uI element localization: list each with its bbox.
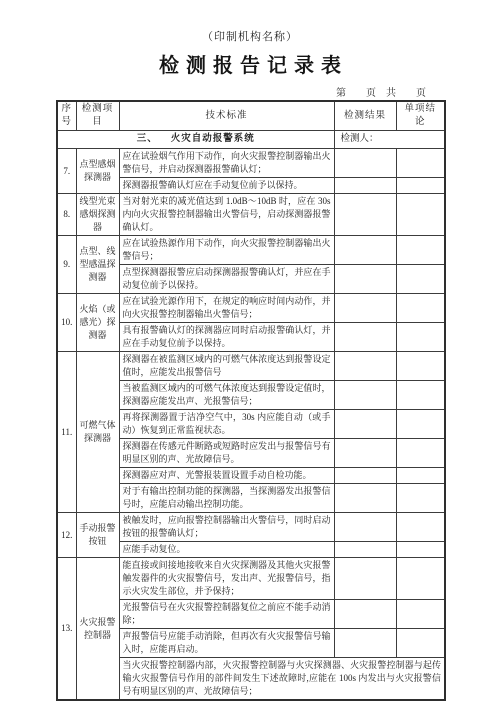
table-row: 10. 火焰（或感光）探测器 应在试验光源作用下，在规定的响应时间内动作，并向火… [57, 294, 445, 323]
result-cell [334, 194, 396, 236]
conclusion-cell [396, 265, 445, 294]
conclusion-cell [396, 178, 445, 194]
conclusion-cell [396, 468, 445, 484]
serial-cell: 10. [57, 294, 76, 352]
conclusion-cell [396, 439, 445, 468]
table-row: 9. 点型、线型感温探测器 应在试验热源作用下动作，向火灾报警控制器输出火警信号… [57, 236, 445, 265]
inspector-label-cell: 检测人： [334, 131, 445, 149]
standard-cell: 探测器在被监测区域内的可燃气体浓度达到报警设定值时，应能发出报警信号 [119, 352, 334, 381]
standard-cell: 探测器应对声、光警报装置设置手动自检功能。 [119, 468, 334, 484]
serial-cell: 11. [57, 352, 76, 513]
item-cell: 火焰（或感光）探测器 [76, 294, 119, 352]
result-cell [334, 236, 396, 265]
standard-cell: 对于有输出控制功能的探测器，当探测器发出报警信号时，应能启动输出控制功能。 [119, 484, 334, 513]
result-cell [334, 294, 396, 323]
section-title-cell: 三、火灾自动报警系统 [57, 131, 334, 149]
col-header-result: 检测结果 [334, 101, 396, 131]
table-header-row: 序号 检测项目 技术标准 检测结果 单项结论 [57, 101, 445, 131]
standard-cell: 具有报警确认灯的探测器应同时启动报警确认灯，并应在手动复位前予以保持。 [119, 323, 334, 352]
standard-cell: 应在试验热源作用下动作，向火灾报警控制器输出火警信号； [119, 236, 334, 265]
standard-cell: 探测器在传感元件断路或短路时应发出与报警信号有明显区别的声、光故障信号。 [119, 439, 334, 468]
item-cell: 点型感烟探测器 [76, 149, 119, 194]
table-row: 13. 火灾报警控制器 能直接或间接地接收来自火灾探测器及其他火灾报警触发器件的… [57, 558, 445, 600]
standard-cell: 当被监测区域内的可燃气体浓度达到报警设定值时，探测器应能发出声、光报警信号； [119, 381, 334, 410]
page-number-line: 第 页 共 页 [56, 84, 444, 99]
conclusion-cell [396, 194, 445, 236]
standard-cell: 探测器报警确认灯应在手动复位前予以保持。 [119, 178, 334, 194]
result-cell [334, 352, 396, 381]
section-row: 三、火灾自动报警系统 检测人： [57, 131, 445, 149]
conclusion-cell [396, 513, 445, 542]
result-cell [334, 629, 396, 658]
section-number: 三、 [137, 134, 158, 144]
standard-cell: 当对射光束的减光值达到 1.0dB～10dB 时，应在 30s 内向火灾报警控制… [119, 194, 334, 236]
result-cell [334, 381, 396, 410]
result-cell [334, 558, 396, 600]
col-header-standard: 技术标准 [119, 101, 334, 131]
standard-cell: 点型探测器报警应启动探测器报警确认灯，并应在手动复位前予以保持。 [119, 265, 334, 294]
serial-cell: 13. [57, 558, 76, 701]
result-cell [334, 484, 396, 513]
conclusion-cell [396, 629, 445, 658]
result-cell [334, 265, 396, 294]
table-row: 7. 点型感烟探测器 应在试验烟气作用下动作，向火灾报警控制器输出火警信号，并启… [57, 149, 445, 178]
org-name-line: （印制机构名称） [56, 28, 444, 44]
item-cell: 可燃气体探测器 [76, 352, 119, 513]
table-row: 8. 线型光束感烟探测器 当对射光束的减光值达到 1.0dB～10dB 时，应在… [57, 194, 445, 236]
standard-cell: 应在试验光源作用下，在规定的响应时间内动作，并向火灾报警控制器输出火警信号； [119, 294, 334, 323]
item-cell: 火灾报警控制器 [76, 558, 119, 701]
conclusion-cell [396, 542, 445, 558]
report-sheet: （印制机构名称） 检测报告记录表 第 页 共 页 序号 检测项目 技术标准 检测… [56, 0, 444, 701]
conclusion-cell [396, 381, 445, 410]
result-cell [334, 149, 396, 178]
result-cell [334, 542, 396, 558]
result-cell [334, 513, 396, 542]
item-cell: 点型、线型感温探测器 [76, 236, 119, 294]
conclusion-cell [396, 149, 445, 178]
result-cell [334, 600, 396, 629]
standard-cell: 光报警信号在火灾报警控制器复位之前应不能手动消除； [119, 600, 334, 629]
serial-cell: 9. [57, 236, 76, 294]
conclusion-cell [396, 294, 445, 323]
standard-cell: 应在试验烟气作用下动作，向火灾报警控制器输出火警信号，并启动探测器报警确认灯； [119, 149, 334, 178]
conclusion-cell [396, 600, 445, 629]
standard-cell: 应能手动复位。 [119, 542, 334, 558]
item-cell: 线型光束感烟探测器 [76, 194, 119, 236]
item-cell: 手动报警按钮 [76, 513, 119, 558]
standard-cell: 声报警信号应能手动消除，但再次有火灾报警信号输入时，应能再启动。 [119, 629, 334, 658]
conclusion-cell [396, 236, 445, 265]
result-cell [334, 323, 396, 352]
conclusion-cell [396, 323, 445, 352]
serial-cell: 8. [57, 194, 76, 236]
standard-cell-full-width: 当火灾报警控制器内部，火灾报警控制器与火灾探测器、火灾报警控制器与起传输火灾报警… [119, 658, 445, 701]
standard-cell: 被触发时，应向报警控制器输出火警信号，同时启动按钮的报警确认灯； [119, 513, 334, 542]
standard-cell: 能直接或间接地接收来自火灾探测器及其他火灾报警触发器件的火灾报警信号，发出声、光… [119, 558, 334, 600]
result-cell [334, 178, 396, 194]
conclusion-cell [396, 558, 445, 600]
page-title: 检测报告记录表 [56, 49, 444, 78]
table-row: 12. 手动报警按钮 被触发时，应向报警控制器输出火警信号，同时启动按钮的报警确… [57, 513, 445, 542]
col-header-conclusion: 单项结论 [396, 101, 445, 131]
result-cell [334, 439, 396, 468]
section-title: 火灾自动报警系统 [171, 134, 255, 144]
result-cell [334, 410, 396, 439]
table-row: 11. 可燃气体探测器 探测器在被监测区域内的可燃气体浓度达到报警设定值时，应能… [57, 352, 445, 381]
serial-cell: 7. [57, 149, 76, 194]
standard-cell: 再将探测器置于洁净空气中，30s 内应能自动（或手动）恢复到正常监视状态。 [119, 410, 334, 439]
conclusion-cell [396, 352, 445, 381]
conclusion-cell [396, 484, 445, 513]
col-header-serial: 序号 [57, 101, 76, 131]
result-cell [334, 468, 396, 484]
serial-cell: 12. [57, 513, 76, 558]
conclusion-cell [396, 410, 445, 439]
col-header-item: 检测项目 [76, 101, 119, 131]
inspection-record-table: 序号 检测项目 技术标准 检测结果 单项结论 三、火灾自动报警系统 检测人： 7… [56, 100, 446, 701]
